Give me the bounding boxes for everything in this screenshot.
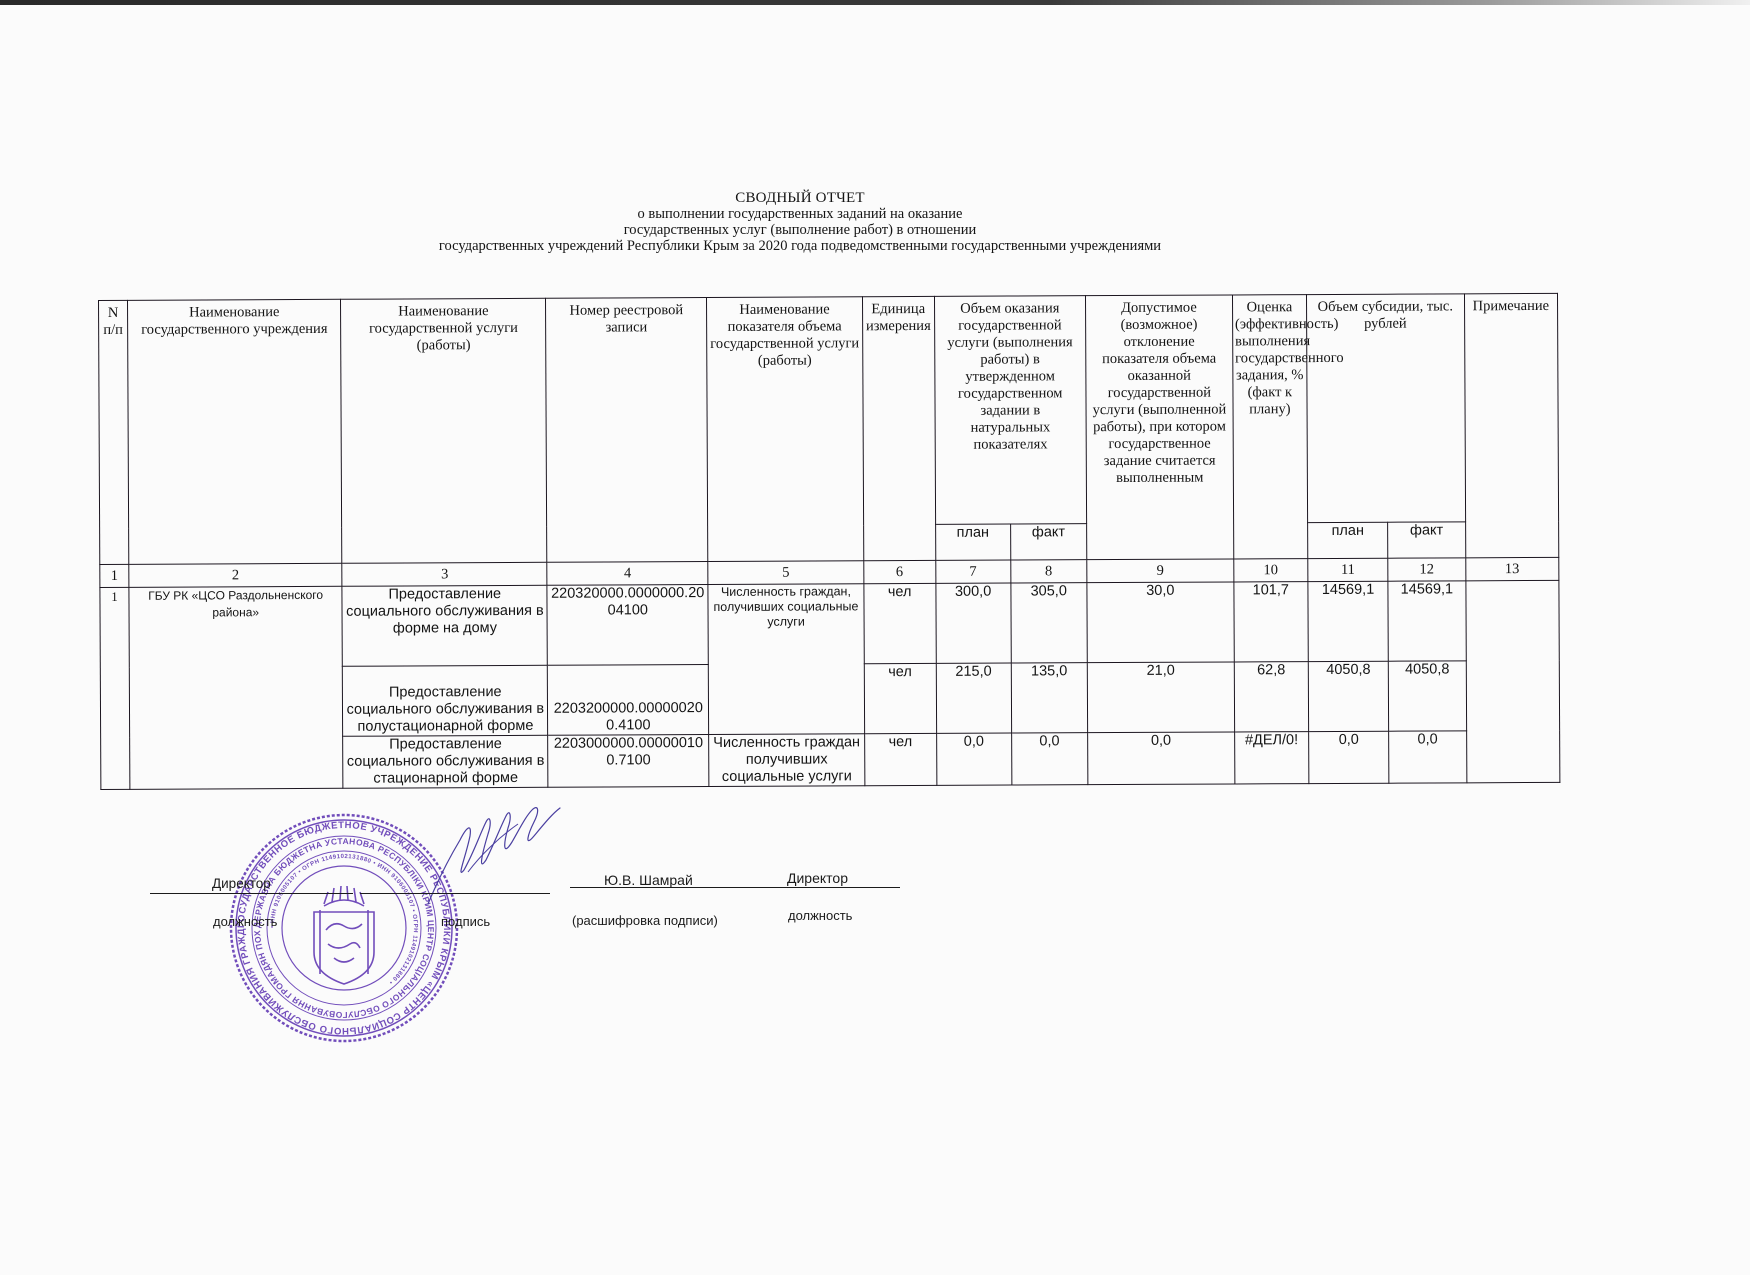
- table-row: 1 ГБУ РК «ЦСО Раздольненского района» Пр…: [100, 580, 1559, 667]
- subheader-fact-volume: факт: [1010, 524, 1086, 560]
- column-number: 3: [342, 562, 547, 586]
- column-number: 9: [1087, 559, 1234, 583]
- subheader-plan-volume: план: [935, 524, 1010, 560]
- registry-number: 220320000.0000000.2004100: [547, 585, 708, 666]
- plan-volume: 0,0: [936, 733, 1011, 785]
- subsidy-plan: 14569,1: [1308, 581, 1389, 661]
- header-col-7-8: Объем оказания государственной услуги (в…: [934, 296, 1086, 525]
- header-col-9: Допустимое (возможное) отклонение показа…: [1085, 295, 1233, 560]
- institution-name: ГБУ РК «ЦСО Раздольненского района»: [129, 586, 343, 789]
- column-number: 4: [547, 562, 708, 586]
- column-number: 12: [1388, 558, 1465, 581]
- service-name: Предоставление социального обслуживания …: [342, 585, 547, 666]
- header-col-1: N п/п: [99, 300, 129, 564]
- column-number: 1: [100, 564, 129, 587]
- right-position-caption: должность: [788, 908, 852, 923]
- column-number: 6: [864, 560, 936, 583]
- column-number: 7: [935, 560, 1010, 583]
- fact-volume: 305,0: [1011, 583, 1088, 663]
- position-line: [150, 893, 353, 894]
- plan-volume: 300,0: [936, 583, 1011, 663]
- signer-name: Ю.В. Шамрай: [604, 872, 693, 888]
- column-number: 11: [1308, 558, 1389, 581]
- unit: чел: [864, 583, 936, 663]
- row-number: 1: [100, 587, 130, 789]
- subsidy-plan: 4050,8: [1308, 661, 1389, 731]
- title-heading: СВОДНЫЙ ОТЧЕТ: [350, 190, 1250, 206]
- header-row: N п/п Наименование государственного учре…: [99, 293, 1559, 528]
- svg-text:• ИНН 9106005107 • ОГРН 114910: • ИНН 9106005107 • ОГРН 1149102131880 • …: [270, 854, 418, 985]
- signature-caption: подпись: [441, 914, 490, 929]
- name-caption: (расшифровка подписи): [572, 913, 718, 928]
- column-number: 2: [129, 563, 343, 587]
- subheader-plan-subsidy: план: [1307, 522, 1388, 558]
- efficiency-score: 101,7: [1234, 582, 1308, 662]
- title-line-4: государственных учреждений Республики Кр…: [350, 238, 1250, 254]
- report-title: СВОДНЫЙ ОТЧЕТ о выполнении государственн…: [350, 190, 1250, 254]
- registry-number: 2203000000.000000100.7100: [548, 735, 709, 788]
- report-table: N п/п Наименование государственного учре…: [98, 293, 1560, 790]
- left-position-caption: должность: [213, 914, 277, 929]
- header-col-2: Наименование государственного учреждения: [127, 299, 342, 564]
- column-number: 8: [1011, 560, 1087, 583]
- header-col-4: Номер реестровой записи: [546, 298, 708, 563]
- column-number: 5: [708, 561, 864, 585]
- registry-number: 2203200000.000000200.4100: [548, 665, 709, 736]
- indicator-name: Численность граждан, получивших социальн…: [708, 584, 864, 735]
- fact-volume: 135,0: [1011, 663, 1087, 733]
- header-col-3: Наименование государственной услуги (раб…: [341, 298, 547, 563]
- subsidy-fact: 4050,8: [1389, 661, 1467, 731]
- header-col-10: Оценка (эффективность) выполнения госуда…: [1232, 295, 1307, 559]
- left-position-value: Директор: [212, 876, 271, 891]
- allowed-deviation: 30,0: [1087, 582, 1234, 663]
- allowed-deviation: 0,0: [1088, 732, 1235, 785]
- subheader-fact-subsidy: факт: [1388, 522, 1465, 558]
- report-table-container: N п/п Наименование государственного учре…: [98, 293, 1560, 790]
- subsidy-fact: 14569,1: [1388, 581, 1466, 661]
- title-line-3: государственных услуг (выполнение работ)…: [350, 222, 1250, 238]
- service-name: Предоставление социального обслуживания …: [343, 735, 548, 788]
- unit: чел: [864, 663, 936, 733]
- efficiency-score: 62,8: [1234, 662, 1308, 732]
- subsidy-plan: 0,0: [1308, 731, 1389, 783]
- plan-volume: 215,0: [936, 663, 1011, 733]
- right-position-value: Директор: [787, 870, 848, 886]
- column-number: 13: [1465, 557, 1559, 580]
- header-col-5: Наименование показателя объема государст…: [707, 297, 864, 562]
- header-col-13: Примечание: [1464, 293, 1559, 557]
- coat-of-arms-emblem: [314, 886, 374, 984]
- signature-line: [360, 893, 550, 894]
- efficiency-score: #ДЕЛ/0!: [1234, 732, 1308, 784]
- service-name: Предоставление социального обслуживания …: [343, 665, 548, 736]
- title-line-2: о выполнении государственных заданий на …: [350, 206, 1250, 222]
- unit: чел: [864, 733, 936, 785]
- column-number: 10: [1234, 559, 1308, 582]
- indicator-name: Численность граждан получивших социальны…: [709, 734, 865, 787]
- header-col-6: Единица измерения: [862, 296, 935, 560]
- scanner-edge: [0, 0, 1750, 5]
- subsidy-fact: 0,0: [1389, 731, 1467, 783]
- allowed-deviation: 21,0: [1087, 662, 1234, 733]
- fact-volume: 0,0: [1011, 733, 1087, 785]
- note: [1465, 580, 1559, 782]
